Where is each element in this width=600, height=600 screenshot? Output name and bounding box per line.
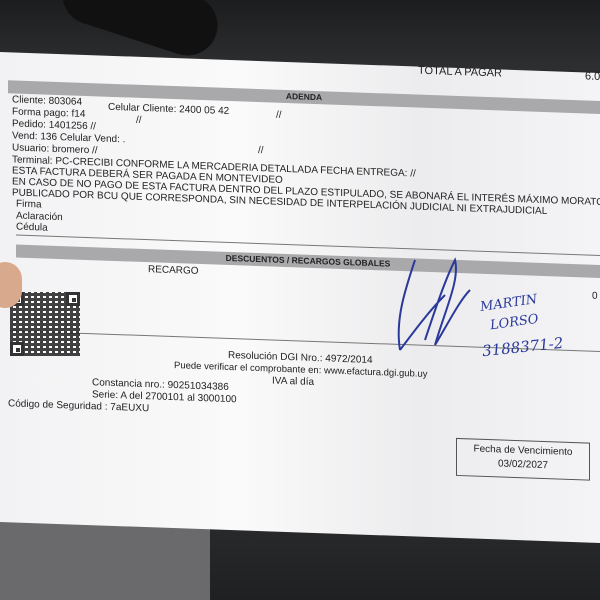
cedula-label: Cédula	[16, 222, 48, 234]
recargo-value: 0	[592, 291, 598, 302]
qr-finder	[10, 342, 24, 356]
total-value: 6.0	[585, 70, 600, 83]
total-label: TOTAL A PAGAR	[418, 65, 502, 80]
qr-finder	[66, 292, 80, 306]
vencimiento-label: Fecha de Vencimiento	[457, 443, 589, 459]
firma-label: Firma	[16, 199, 42, 211]
separator: //	[136, 115, 142, 126]
celular-cliente: Celular Cliente: 2400 05 42	[108, 102, 229, 117]
iva-al-dia: IVA al día	[272, 375, 314, 387]
separator: //	[258, 145, 264, 156]
signature	[375, 250, 475, 360]
descuentos-header: DESCUENTOS / RECARGOS GLOBALES	[16, 245, 600, 278]
separator: //	[276, 110, 282, 121]
vencimiento-date: 03/02/2027	[457, 457, 589, 473]
vencimiento-box: Fecha de Vencimiento 03/02/2027	[456, 438, 590, 481]
recargo-label: RECARGO	[148, 264, 199, 277]
adenda-header: ADENDA	[8, 80, 600, 114]
qr-code	[10, 292, 80, 356]
